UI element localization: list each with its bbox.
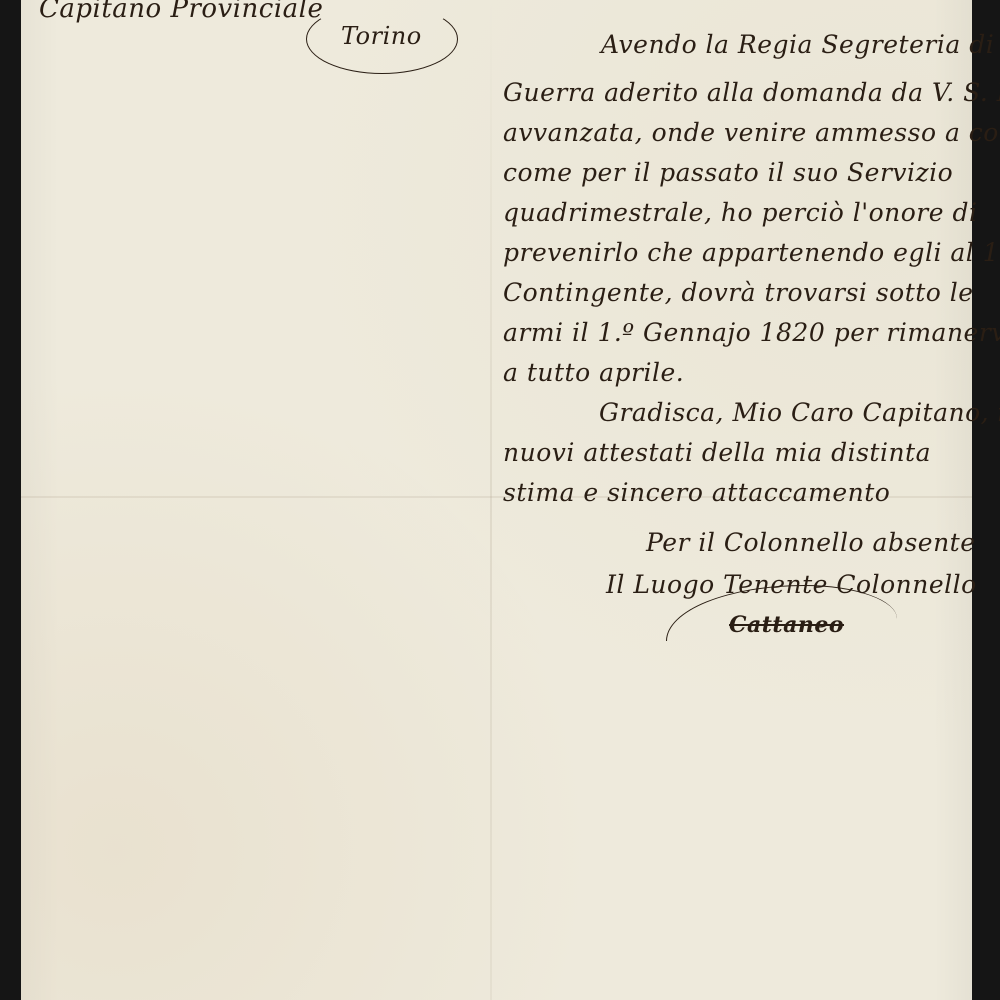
paper-sheet: Capitano Provinciale Torino Avendo la Re… [21,0,972,1000]
body-line-9: a tutto aprile. [503,358,684,387]
closing-line-1: Gradisca, Mio Caro Capitano, i [599,398,1000,427]
body-line-2: Guerra aderito alla domanda da V. S. Ill… [503,78,1000,107]
body-line-8: armi il 1.º Gennajo 1820 per rimanervi [503,318,1000,347]
body-line-5: quadrimestrale, ho perciò l'onore di [503,198,977,227]
signature: Cattaneo [729,612,844,638]
vertical-fold-line [490,0,492,1000]
closing-line-3: stima e sincero attaccamento [503,478,890,507]
closing-line-2: nuovi attestati della mia distinta [503,438,931,467]
body-line-3: avvanzata, onde venire ammesso a continu… [503,118,1000,147]
body-line-6: prevenirlo che appartenendo egli al 1.º [503,238,1000,267]
body-line-7: Contingente, dovrà trovarsi sotto le [503,278,974,307]
document-scan: Capitano Provinciale Torino Avendo la Re… [0,0,1000,1000]
recipient-title: Capitano Provinciale [39,0,323,24]
body-line-4: come per il passato il suo Servizio [503,158,953,187]
signatory-line-1: Per il Colonnello absente [646,528,976,557]
destination-place: Torino [341,22,422,50]
body-line-1: Avendo la Regia Segreteria di [601,30,994,59]
